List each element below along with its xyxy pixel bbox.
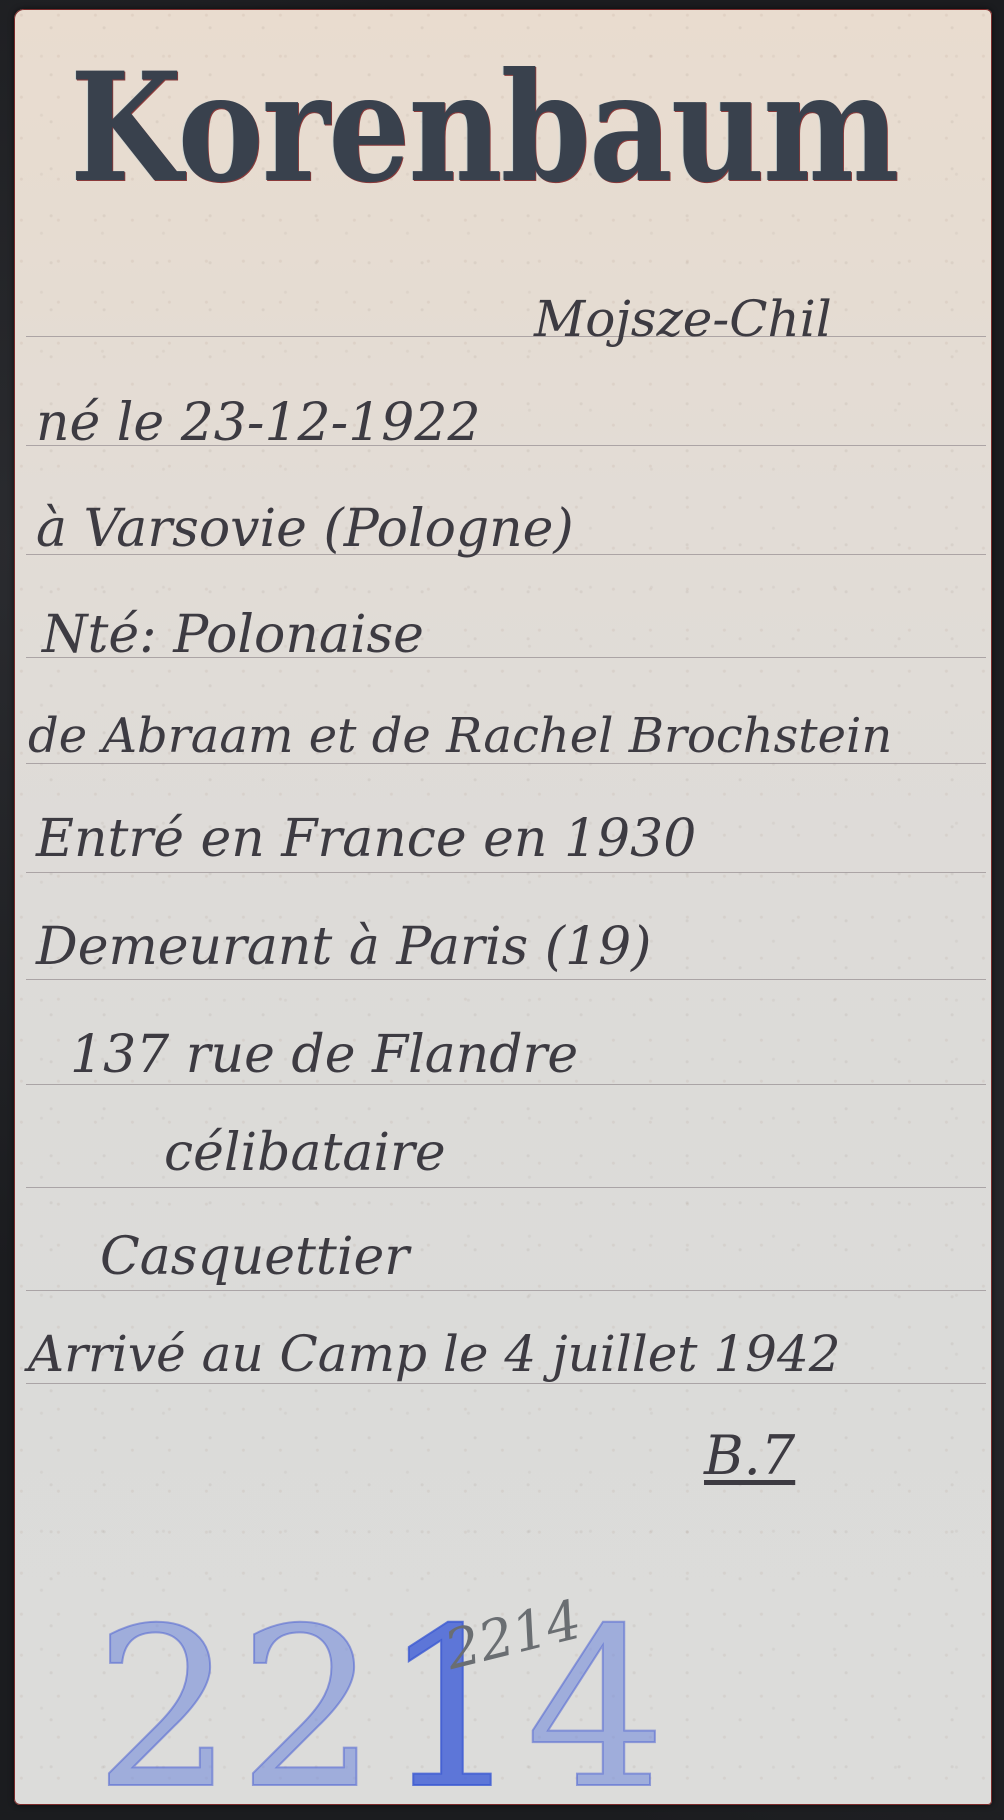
residence-line: Demeurant à Paris (19) (36, 921, 651, 973)
ruled-line (26, 979, 986, 980)
marital-status-line: célibataire (164, 1127, 446, 1179)
camp-arrival-line: Arrivé au Camp le 4 juillet 1942 (28, 1329, 841, 1379)
index-card: Korenbaum Mojsze-Chil né le 23-12-1922 à… (14, 9, 992, 1805)
stamp-digit: 2 (94, 1599, 238, 1805)
occupation-line: Casquettier (100, 1231, 409, 1283)
entry-france-line: Entré en France en 1930 (36, 813, 696, 865)
ruled-line (26, 1383, 986, 1384)
address-line: 137 rue de Flandre (70, 1029, 578, 1081)
ruled-line (26, 1290, 986, 1291)
stamp-number: 2214 (94, 1599, 670, 1805)
block-code: B.7 (704, 1429, 795, 1483)
ruled-line (26, 872, 986, 873)
birth-place-line: à Varsovie (Pologne) (36, 503, 574, 555)
birth-date-line: né le 23-12-1922 (36, 397, 481, 449)
ruled-line (26, 336, 986, 337)
stamp-digit: 2 (238, 1599, 382, 1805)
given-name: Mojsze-Chil (534, 294, 832, 344)
ruled-line (26, 1187, 986, 1188)
surname-heading: Korenbaum (70, 53, 898, 203)
nationality-line: Nté: Polonaise (42, 609, 424, 661)
parents-line: de Abraam et de Rachel Brochstein (28, 712, 892, 760)
